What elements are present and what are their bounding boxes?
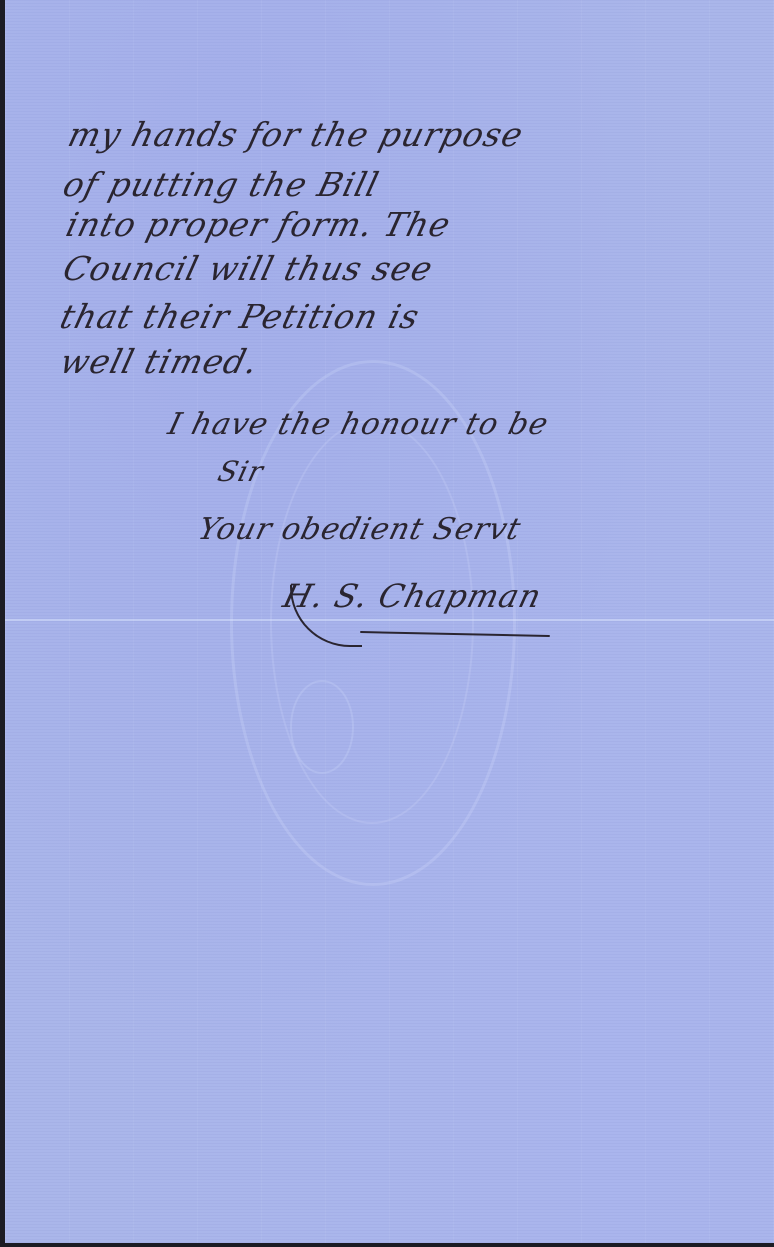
body-line-2: of putting the Bill [60,168,383,201]
body-line-4: Council will thus see [60,252,437,285]
embossed-seal-core [290,680,354,774]
body-line-1: my hands for the purpose [65,118,527,151]
closing-line-1: I have the honour to be [165,410,552,440]
body-line-3: into proper form. The [63,208,454,241]
letter-page: my hands for the purpose of putting the … [5,0,774,1243]
closing-line-2: Your obedient Servt [195,515,524,545]
paper-fold-line [5,619,774,621]
closing-salutation: Sir [215,458,267,486]
body-line-5: that their Petition is [57,300,423,333]
body-line-6: well timed. [57,345,262,378]
